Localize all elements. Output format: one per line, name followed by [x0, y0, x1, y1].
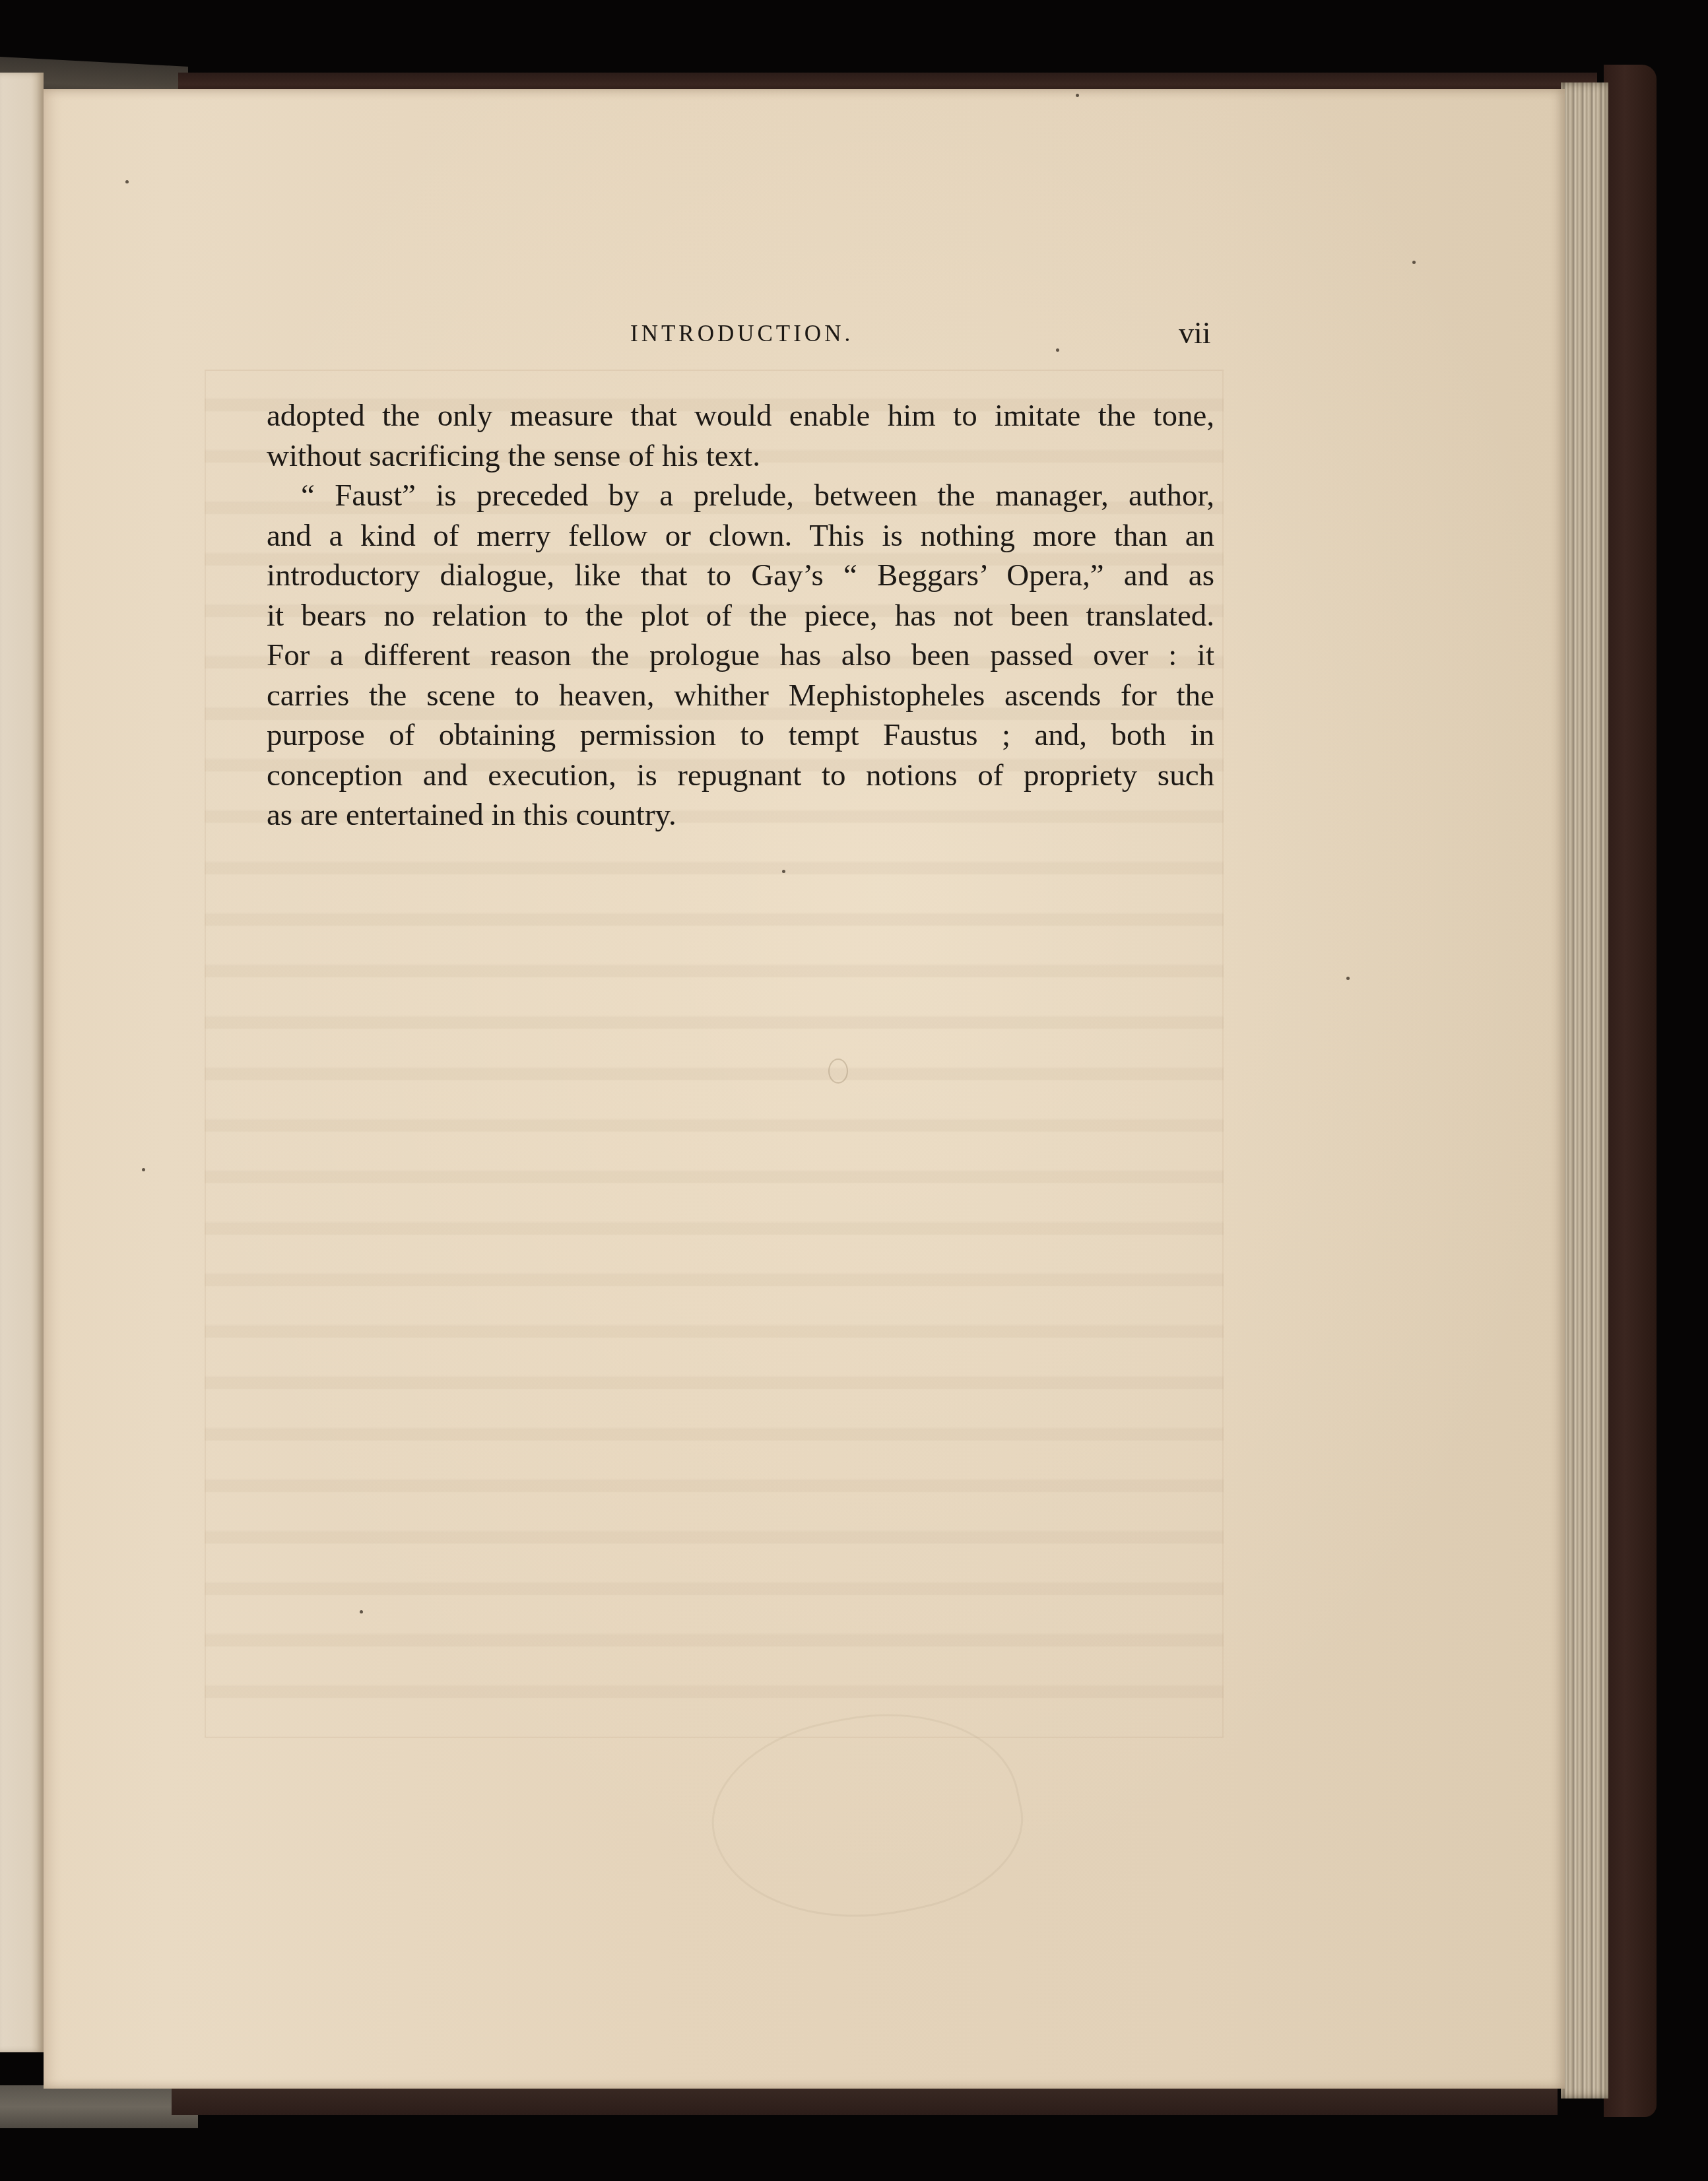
foxing-speck	[1056, 348, 1059, 352]
foxing-speck	[1076, 94, 1079, 97]
running-title: INTRODUCTION.	[630, 321, 853, 347]
text-line: as are entertained in this country.	[267, 795, 1214, 835]
text-line: it bears no relation to the plot of the …	[267, 596, 1214, 636]
text-line: “ Faust” is preceded by a prelude, betwe…	[267, 476, 1214, 516]
text-line: and a kind of merry fellow or clown. Thi…	[267, 516, 1214, 556]
paper-flaw	[828, 1058, 848, 1084]
right-cover-board	[1604, 65, 1657, 2117]
text-line: adopted the only measure that would enab…	[267, 396, 1214, 436]
foxing-speck	[1346, 977, 1350, 980]
foxing-speck	[142, 1168, 145, 1171]
foxing-speck	[782, 870, 785, 873]
page-block-fore-edge	[1561, 82, 1608, 2099]
text-line: conception and execution, is repugnant t…	[267, 756, 1214, 796]
left-page-tail-edge	[0, 2085, 198, 2128]
text-line: without sacrificing the sense of his tex…	[267, 436, 1214, 476]
binding-tail-strip	[172, 2085, 1558, 2115]
left-page-edge	[0, 73, 44, 2052]
body-text: adopted the only measure that would enab…	[267, 396, 1214, 835]
text-line: carries the scene to heaven, whither Mep…	[267, 676, 1214, 716]
page-number: vii	[1179, 315, 1211, 350]
text-line: purpose of obtaining permission to tempt…	[267, 715, 1214, 756]
text-line: introductory dialogue, like that to Gay’…	[267, 556, 1214, 596]
foxing-speck	[125, 180, 129, 183]
foxing-speck	[360, 1610, 363, 1613]
text-line: For a different reason the prologue has …	[267, 635, 1214, 676]
foxing-speck	[1412, 261, 1416, 264]
